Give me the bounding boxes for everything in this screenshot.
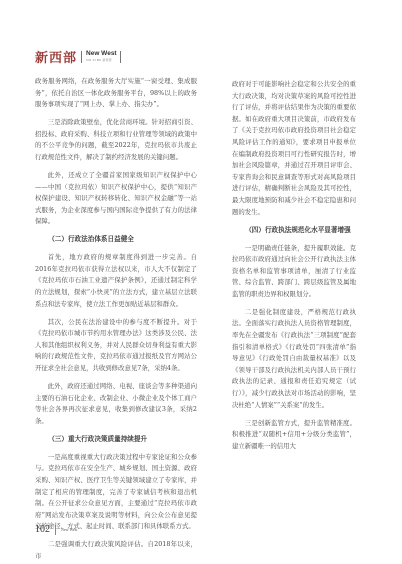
section-heading: （四）行政执法规范化水平显著增强 bbox=[232, 225, 356, 237]
masthead: 新西部 New West XIN XI BU 新西部 bbox=[35, 47, 121, 66]
logo-cn: 新西部 bbox=[35, 47, 77, 66]
section-heading: （三）重大行政决策质量持续提升 bbox=[35, 434, 197, 446]
body-paragraph: 一是明确责任链条，提升履职效能。克拉玛依市政府通过向社会公开行政执法主体资格名单… bbox=[232, 243, 356, 301]
body-paragraph: 二是强调重大行政决策风险评估。自2018年以来，市 bbox=[35, 539, 197, 562]
right-column: 政府对于可能影响社会稳定和公共安全的重大行政决策，均对决策草案的风险可控性进行了… bbox=[232, 79, 356, 459]
logo-subtitle: XIN XI BU 新西部 bbox=[86, 59, 117, 62]
section-heading: （二）行政法治体系日益健全 bbox=[35, 234, 197, 246]
magazine-name: New West bbox=[61, 527, 77, 532]
body-paragraph: 此外，政府还通过网络、电视、座谈会等多种渠道向主要的石油石化企业、改制企业、小微… bbox=[35, 381, 197, 427]
body-paragraph: 三是创新监管方式，提升监管精准度。积极推进“双随机+信用+分级分类监管”，建立新… bbox=[232, 418, 356, 453]
body-paragraph: 政府对于可能影响社会稳定和公共安全的重大行政决策，均对决策草案的风险可控性进行了… bbox=[232, 79, 356, 218]
body-paragraph: 三是消除政策壁垒，优化营商环境。针对招商引资、招投标、政府采购、科技立项和行业管… bbox=[35, 117, 197, 163]
logo-en-block: New West XIN XI BU 新西部 bbox=[86, 51, 117, 61]
page-footer: 102 New West bbox=[35, 524, 77, 535]
body-paragraph: 此外，还成立了全疆首家国家级知识产权保护中心——中国（克拉玛依）知识产权保护中心… bbox=[35, 170, 197, 228]
body-paragraph: 其次，公民在法治建设中的参与度不断提升。对于《克拉玛依市城市节约用水管理办法》这… bbox=[35, 317, 197, 375]
page-number: 102 bbox=[35, 524, 50, 535]
body-paragraph: 一是高度重视重大行政决策过程中专家论证和公众参与。克拉玛依市在安全生产、城乡规划… bbox=[35, 452, 197, 533]
body-paragraph: 二是强化制度建设，严格规范行政执法。全面落实行政执法人员资格管理制度，率先在全疆… bbox=[232, 307, 356, 411]
footer-divider bbox=[55, 525, 56, 535]
logo-divider bbox=[81, 51, 82, 63]
logo-divider-right bbox=[120, 51, 121, 63]
logo-en: New West bbox=[86, 51, 117, 58]
body-paragraph: 政务服务网络，在政务服务大厅实施“一窗受理、集成服务”，依托自治区一体化政务服务… bbox=[35, 76, 197, 111]
left-column: 政务服务网络，在政务服务大厅实施“一窗受理、集成服务”，依托自治区一体化政务服务… bbox=[35, 76, 197, 564]
body-paragraph: 首先，地方政府的规章制度得到进一步完善。自2016年克拉玛依市获得立法权以来，市… bbox=[35, 252, 197, 310]
